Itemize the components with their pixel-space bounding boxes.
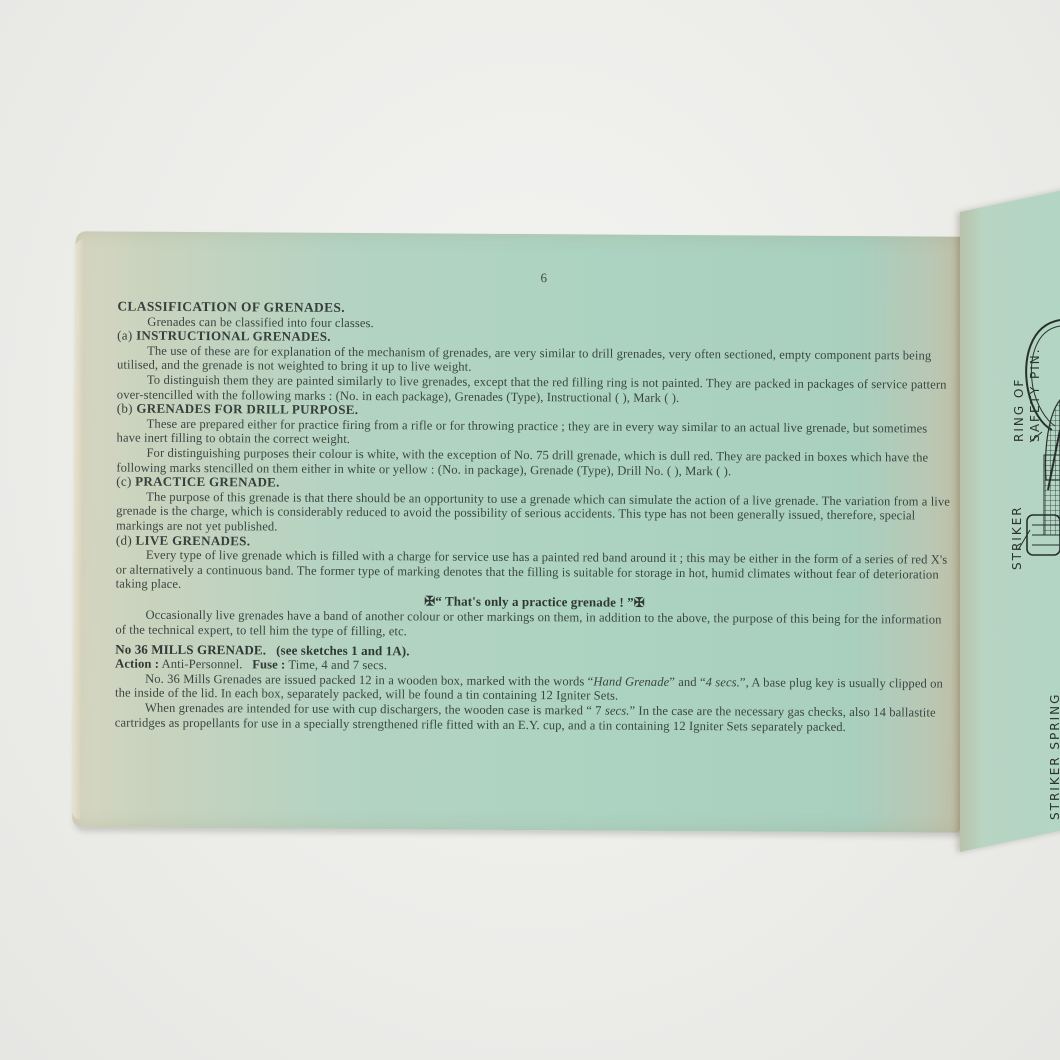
- italic-text: secs.: [605, 704, 630, 718]
- paragraph: Occasionally live grenades have a band o…: [115, 608, 953, 642]
- section-heading-text: INSTRUCTIONAL GRENADES.: [136, 328, 331, 344]
- italic-text: Hand Grenade: [593, 674, 669, 688]
- action-label: Action :: [115, 657, 159, 671]
- ring-of-safety-pin-label-2: SAFETY PIN.: [1028, 347, 1042, 442]
- quote-text: “ That's only a practice grenade ! ”: [435, 593, 634, 609]
- grenade-diagram: RING OF SAFETY PIN. STRIKER STRIKER SPRI…: [960, 230, 1060, 850]
- mills-heading-text: No 36 MILLS GRENADE.: [115, 641, 266, 657]
- page-text: CLASSIFICATION OF GRENADES. Grenades can…: [115, 298, 956, 735]
- striker-label: STRIKER: [1010, 505, 1024, 570]
- text-run: ” and “: [669, 675, 705, 689]
- section-heading-text: PRACTICE GRENADE.: [135, 474, 280, 490]
- page-number: 6: [541, 270, 548, 286]
- italic-text: 4 secs.: [706, 675, 740, 689]
- ring-of-safety-pin-label-1: RING OF: [1012, 378, 1026, 442]
- striker-spring-label: STRIKER SPRING: [1048, 693, 1060, 820]
- section-label: (c): [116, 474, 131, 489]
- fuse-label: Fuse :: [252, 658, 285, 672]
- fuse-value: Time, 4 and 7 secs.: [288, 658, 387, 673]
- section-label: (b): [117, 401, 133, 416]
- section-heading-text: LIVE GRENADES.: [136, 532, 251, 548]
- iron-cross-icon: ✠: [424, 593, 435, 608]
- action-value: Anti-Personnel.: [162, 657, 243, 671]
- paragraph: The purpose of this grenade is that ther…: [116, 489, 954, 538]
- paragraph: When grenades are intended for use with …: [115, 701, 953, 735]
- section-label: (a): [117, 328, 132, 343]
- sketch-reference: (see sketches 1 and 1A).: [276, 642, 410, 658]
- booklet-left-page: 6 CLASSIFICATION OF GRENADES. Grenades c…: [72, 231, 964, 832]
- paragraph: Every type of live grenade which is fill…: [116, 548, 954, 597]
- section-label: (d): [116, 532, 132, 547]
- section-heading-text: GRENADES FOR DRILL PURPOSE.: [136, 401, 358, 417]
- iron-cross-icon: ✠: [634, 595, 645, 610]
